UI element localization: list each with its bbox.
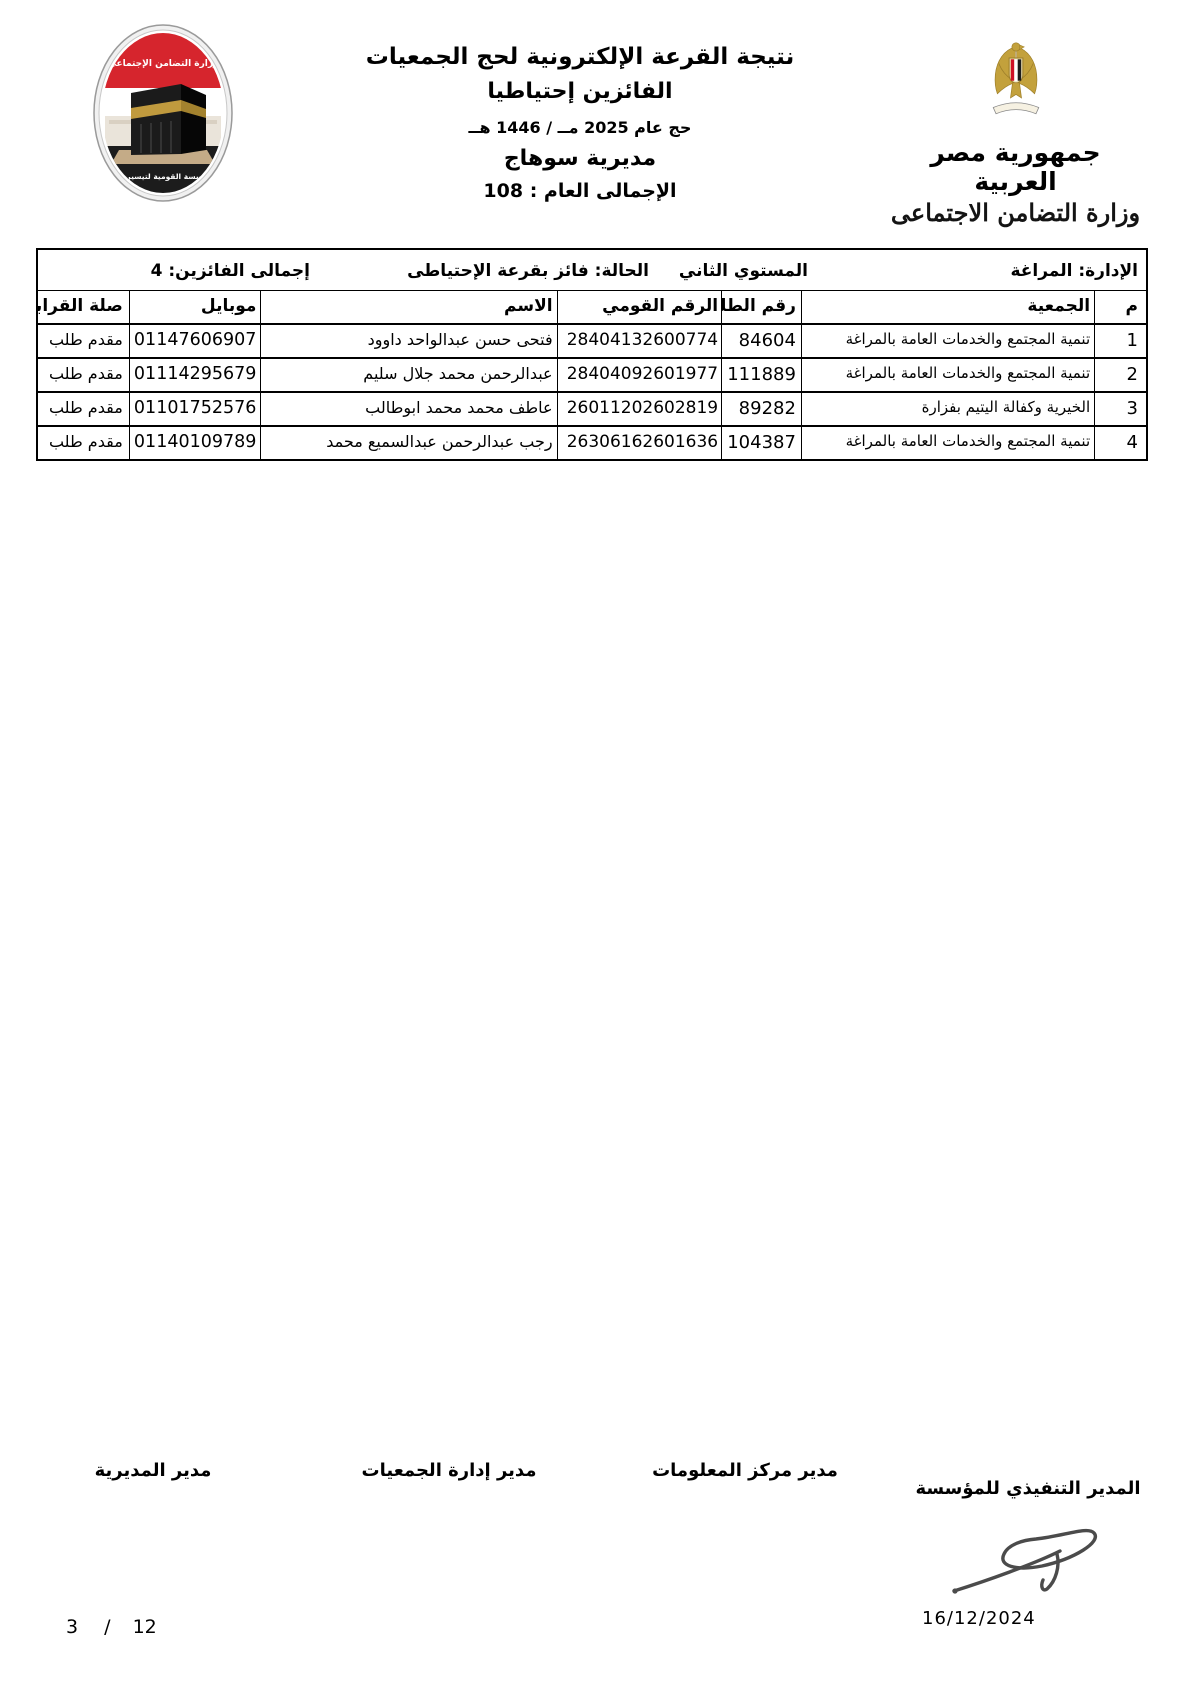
table-row: 2 تنمية المجتمع والخدمات العامة بالمراغة…: [38, 359, 1146, 393]
cell-mobile: 01114295679: [130, 359, 262, 391]
col-header-mobile: موبايل: [130, 291, 262, 323]
table-row: 3 الخيرية وكفالة اليتيم بفزارة 89282 260…: [38, 393, 1146, 427]
total-winners-label: إجمالى الفائزين: 4: [151, 261, 310, 281]
cell-name: عبدالرحمن محمد جلال سليم: [261, 359, 557, 391]
cell-request: 84604: [722, 325, 802, 357]
cell-no: 1: [1095, 325, 1146, 357]
page-subtitle: الفائزين إحتياطيا: [320, 75, 840, 108]
signatory-executive-director: المدير التنفيذي للمؤسسة: [915, 1478, 1140, 1499]
col-header-relation: صلة القرابه: [38, 291, 130, 323]
cell-request: 104387: [722, 427, 802, 459]
page-title: نتيجة القرعة الإلكترونية لحج الجمعيات: [320, 40, 840, 75]
cell-relation: مقدم طلب: [38, 393, 130, 425]
administration-label: الإدارة: المراغة: [1010, 261, 1138, 281]
cell-association: تنمية المجتمع والخدمات العامة بالمراغة: [802, 359, 1095, 391]
hajj-year-line: حج عام 2025 مــ / 1446 هــ: [320, 118, 840, 137]
republic-name: جمهورية مصر العربية: [888, 138, 1143, 196]
signatory-directorate-manager: مدير المديرية: [95, 1460, 212, 1481]
cell-relation: مقدم طلب: [38, 359, 130, 391]
cell-association: تنمية المجتمع والخدمات العامة بالمراغة: [802, 427, 1095, 459]
cell-national-id: 28404092601977: [558, 359, 723, 391]
grand-total-line: الإجمالى العام : 108: [320, 180, 840, 202]
cell-association: الخيرية وكفالة اليتيم بفزارة: [802, 393, 1095, 425]
handwritten-signature: [946, 1502, 1106, 1602]
document-page: وزارة التضامن الإجتماعي المؤسسة القومية …: [0, 0, 1190, 1682]
cell-mobile: 01140109789: [130, 427, 262, 459]
badge-top-text: وزارة التضامن الإجتماعي: [107, 59, 218, 69]
cell-relation: مقدم طلب: [38, 325, 130, 357]
table-header-row: م الجمعية رقم الطلب الرقم القومي الاسم م…: [38, 291, 1146, 325]
page-number: 3 / 12: [66, 1616, 157, 1638]
cell-mobile: 01147606907: [130, 325, 262, 357]
col-header-name: الاسم: [261, 291, 557, 323]
kaaba-badge-icon: وزارة التضامن الإجتماعي المؤسسة القومية …: [93, 24, 233, 202]
table-row: 1 تنمية المجتمع والخدمات العامة بالمراغة…: [38, 325, 1146, 359]
cell-national-id: 26011202602819: [558, 393, 723, 425]
directorate-line: مديرية سوهاج: [320, 146, 840, 171]
col-header-national-id: الرقم القومي: [558, 291, 723, 323]
status-label: الحالة: فائز بقرعة الإحتياطى: [407, 261, 649, 281]
signatory-associations-manager: مدير إدارة الجمعيات: [362, 1460, 537, 1481]
col-header-association: الجمعية: [802, 291, 1095, 323]
cell-no: 3: [1095, 393, 1146, 425]
table-info-bar: الإدارة: المراغة المستوي الثاني الحالة: …: [38, 250, 1146, 291]
page-number-current: 3: [66, 1616, 78, 1638]
document-date: 16/12/2024: [922, 1608, 1036, 1629]
ministry-name: وزارة التضامن الاجتماعى: [888, 198, 1143, 227]
egypt-emblem-block: جمهورية مصر العربية وزارة التضامن الاجتم…: [888, 26, 1143, 227]
signatory-info-center-manager: مدير مركز المعلومات: [652, 1460, 838, 1481]
egypt-eagle-icon: [985, 26, 1047, 134]
cell-association: تنمية المجتمع والخدمات العامة بالمراغة: [802, 325, 1095, 357]
cell-no: 4: [1095, 427, 1146, 459]
cell-name: رجب عبدالرحمن عبدالسميع محمد: [261, 427, 557, 459]
cell-request: 111889: [722, 359, 802, 391]
cell-relation: مقدم طلب: [38, 427, 130, 459]
cell-national-id: 26306162601636: [558, 427, 723, 459]
page-number-total: 12: [133, 1616, 157, 1638]
cell-mobile: 01101752576: [130, 393, 262, 425]
table-row: 4 تنمية المجتمع والخدمات العامة بالمراغة…: [38, 427, 1146, 459]
winners-table: الإدارة: المراغة المستوي الثاني الحالة: …: [36, 248, 1148, 461]
col-header-no: م: [1095, 291, 1146, 323]
document-title-block: نتيجة القرعة الإلكترونية لحج الجمعيات ال…: [320, 40, 840, 202]
cell-national-id: 28404132600774: [558, 325, 723, 357]
cell-no: 2: [1095, 359, 1146, 391]
cell-name: فتحى حسن عبدالواحد داوود: [261, 325, 557, 357]
col-header-request: رقم الطلب: [722, 291, 802, 323]
level-label: المستوي الثاني: [679, 261, 808, 281]
page-number-separator: /: [104, 1616, 110, 1638]
cell-request: 89282: [722, 393, 802, 425]
hajj-foundation-badge: وزارة التضامن الإجتماعي المؤسسة القومية …: [93, 24, 233, 202]
cell-name: عاطف محمد محمد ابوطالب: [261, 393, 557, 425]
